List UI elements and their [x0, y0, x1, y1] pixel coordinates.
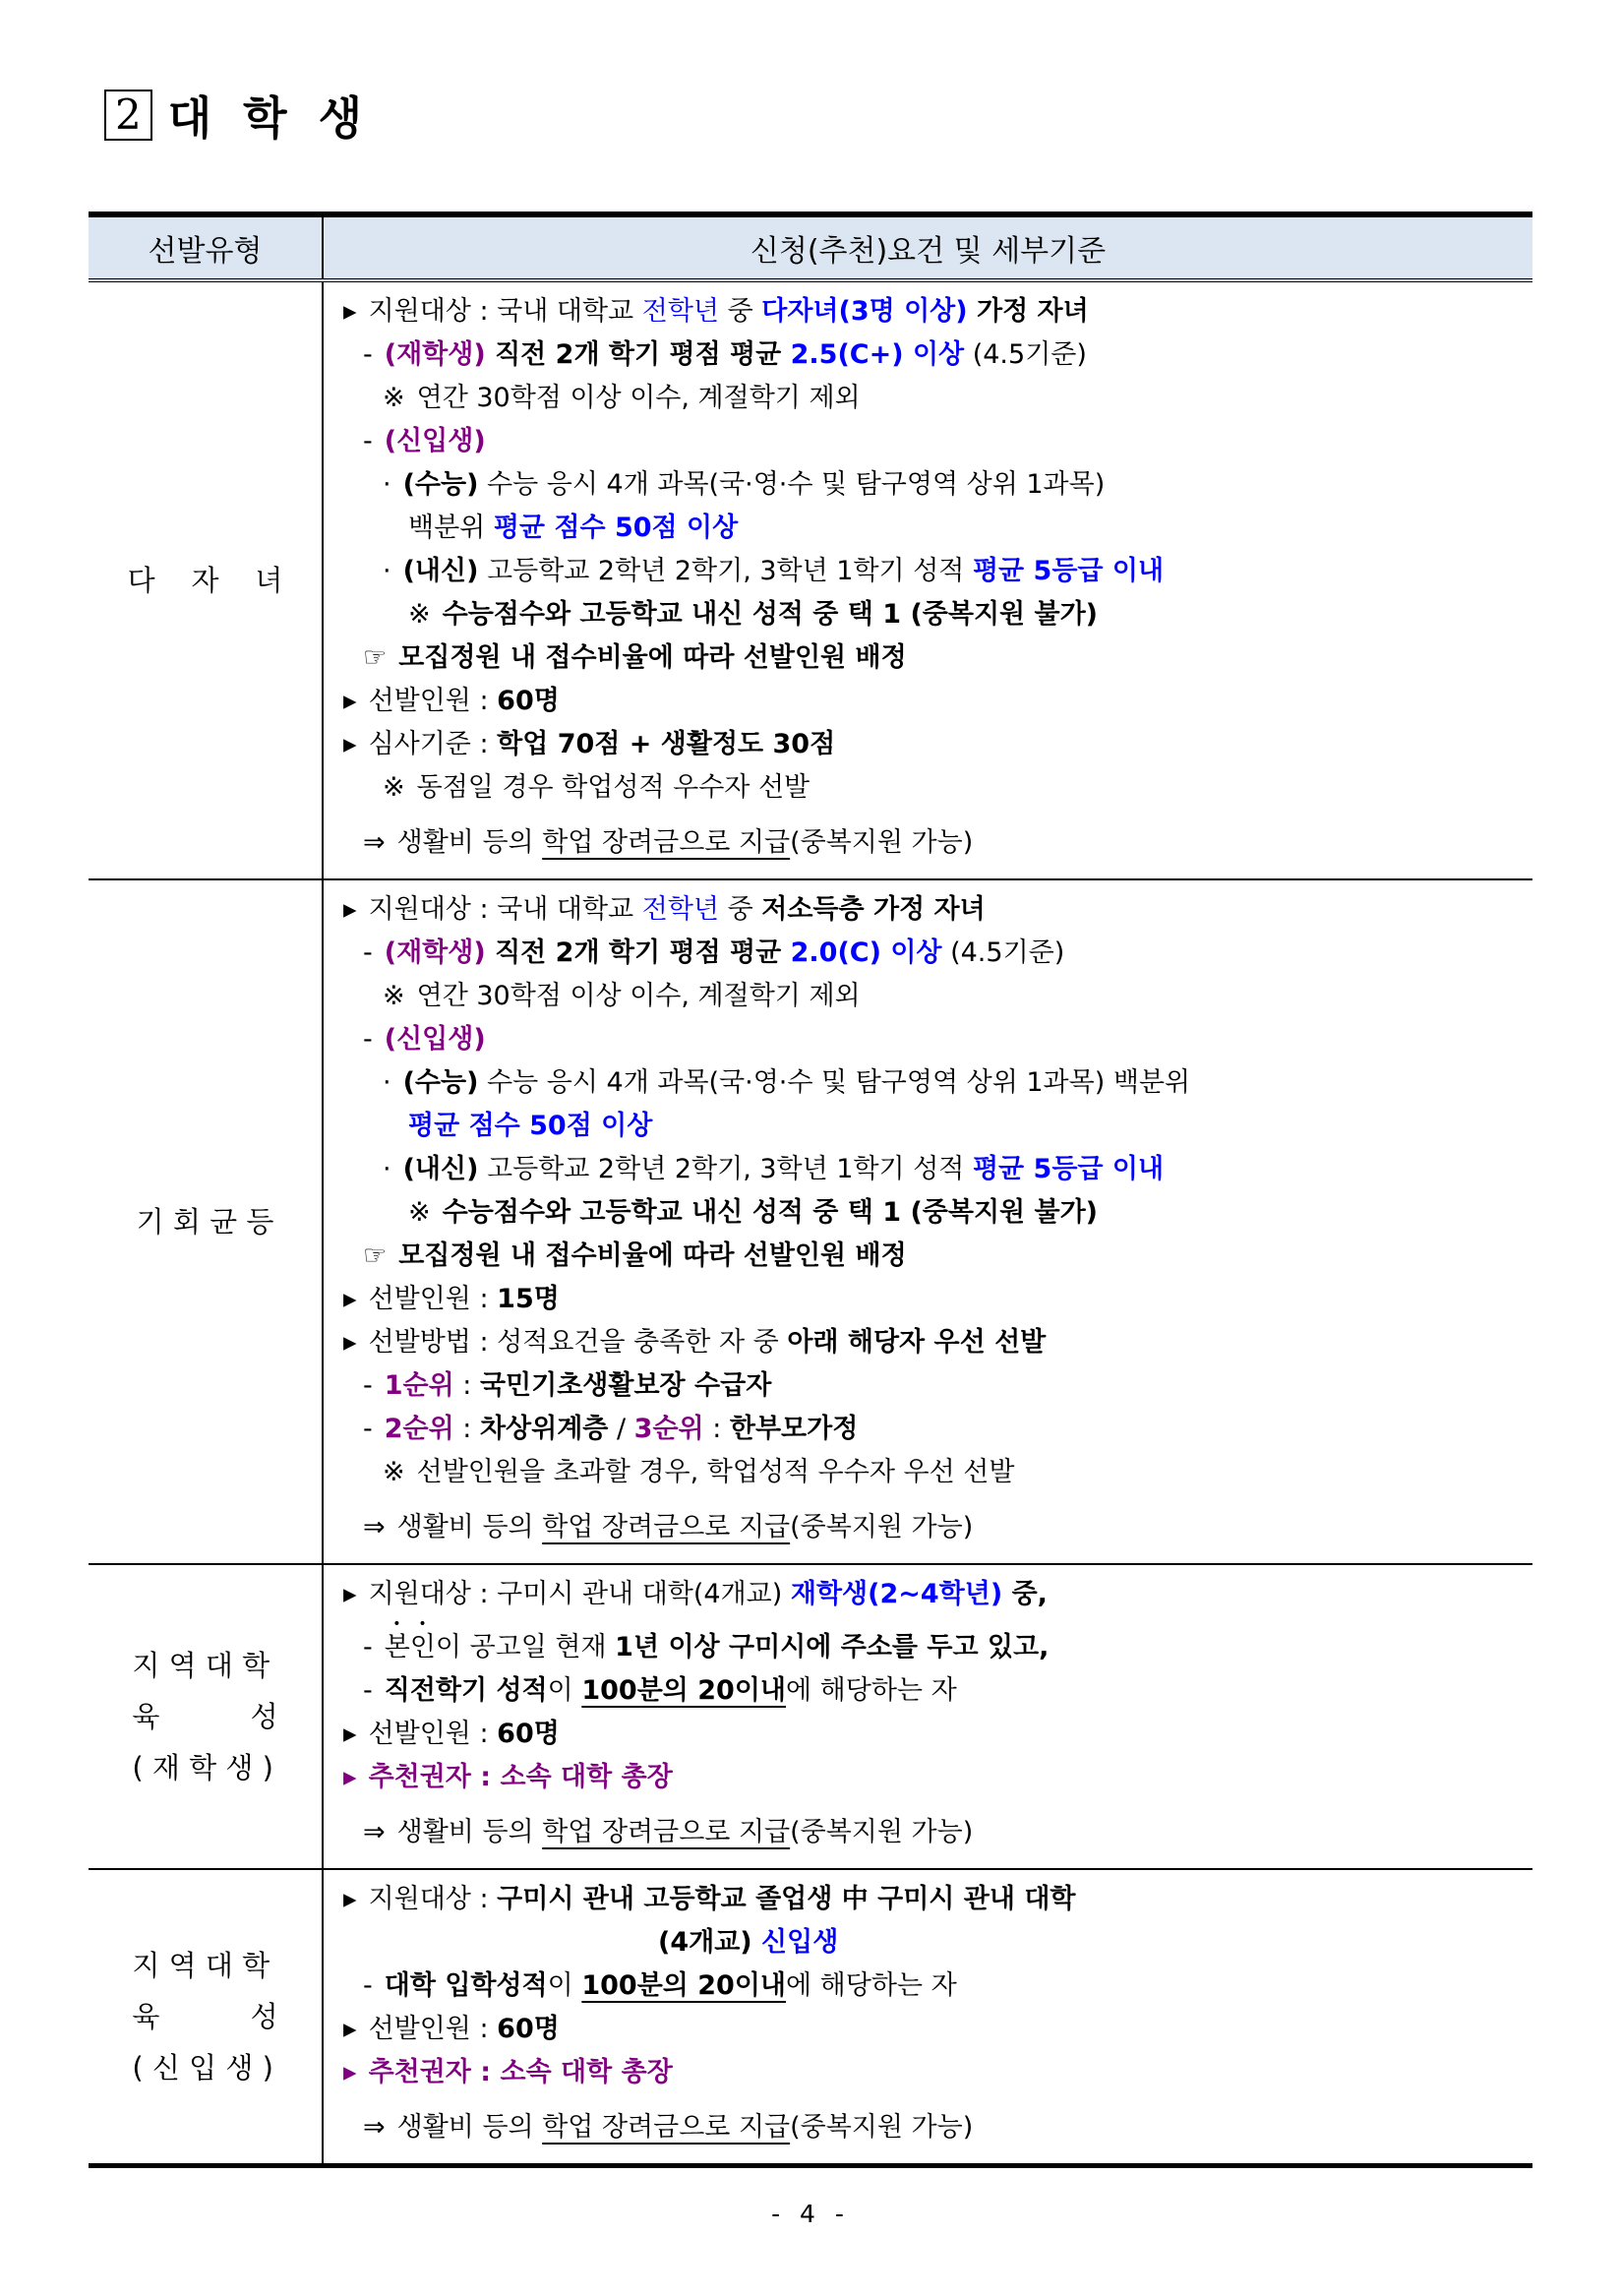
text-segment: 가정 자녀 — [968, 296, 1089, 327]
text-segment: (4.5기준) — [964, 339, 1087, 370]
line-marker-icon: · — [383, 1154, 391, 1184]
text-segment: : — [704, 1414, 730, 1444]
page-number: - 4 - — [0, 2200, 1621, 2228]
row-content: ▸지원대상 : 국내 대학교 전학년 중 다자녀(3명 이상) 가정 자녀-(재… — [323, 280, 1532, 879]
row-label-block: 다 자 녀 — [128, 555, 283, 606]
text-segment: 60명 — [497, 686, 560, 716]
text-segment: 전학년 — [642, 296, 719, 327]
text-segment: 모집정원 내 접수비율에 따라 선발인원 배정 — [398, 642, 906, 673]
header-requirements: 신청(추천)요건 및 세부기준 — [323, 214, 1532, 280]
text-segment: 모집정원 내 접수비율에 따라 선발인원 배정 — [398, 1240, 906, 1271]
row-label: 다 자 녀 — [89, 280, 323, 879]
content-line: -대학 입학성적이 100분의 20이내에 해당하는 자 — [331, 1964, 1527, 2008]
text-segment: 대학 입학성적 — [385, 1970, 548, 2001]
line-marker-icon: ※ — [383, 383, 405, 413]
content-line: ⇒생활비 등의 학업 장려금으로 지급(중복지원 가능) — [331, 1811, 1527, 1854]
content-line: ·(내신) 고등학교 2학년 2학기, 3학년 1학기 성적 평균 5등급 이내 — [331, 550, 1527, 593]
content-line: ·(내신) 고등학교 2학년 2학기, 3학년 1학기 성적 평균 5등급 이내 — [331, 1148, 1527, 1191]
content-line: 백분위 평균 점수 50점 이상 — [331, 507, 1527, 550]
table-row: 다 자 녀▸지원대상 : 국내 대학교 전학년 중 다자녀(3명 이상) 가정 … — [89, 280, 1532, 879]
line-marker-icon: ⇒ — [363, 1512, 386, 1542]
content-line: ※연간 30학점 이상 이수, 계절학기 제외 — [331, 975, 1527, 1018]
text-segment: 이 — [548, 1675, 582, 1706]
text-segment: 학업 장려금으로 지급 — [542, 2112, 790, 2143]
row-label-line: ( 신 입 생 ) — [132, 2042, 277, 2093]
text-segment: 본인 — [385, 1632, 436, 1662]
content-line: ▸선발인원 : 15명 — [331, 1278, 1527, 1321]
line-marker-icon: ※ — [383, 1457, 405, 1487]
text-segment: 차상위계층 — [480, 1414, 608, 1444]
content-line: ※연간 30학점 이상 이수, 계절학기 제외 — [331, 377, 1527, 420]
content-line: -직전학기 성적이 100분의 20이내에 해당하는 자 — [331, 1669, 1527, 1713]
text-segment: (수능) — [403, 469, 479, 500]
text-segment: 3순위 — [634, 1414, 704, 1444]
line-marker-icon: ⇒ — [363, 1817, 386, 1847]
text-segment: 다자녀(3명 이상) — [761, 296, 967, 327]
criteria-table: 선발유형 신청(추천)요건 및 세부기준 다 자 녀▸지원대상 : 국내 대학교… — [89, 211, 1532, 2168]
text-segment: (재학생) — [385, 937, 486, 968]
row-label-line: 육 성 — [132, 1691, 277, 1742]
line-marker-icon: ▸ — [343, 729, 357, 759]
text-segment: 생활비 등의 — [397, 827, 543, 858]
line-marker-icon: ▸ — [343, 1327, 357, 1358]
text-segment: 15명 — [497, 1284, 560, 1314]
line-marker-icon: ▸ — [343, 686, 357, 716]
content-line: -(신입생) — [331, 1018, 1527, 1061]
line-marker-icon: ※ — [383, 772, 405, 803]
content-line: -(신입생) — [331, 420, 1527, 463]
row-content: ▸지원대상 : 국내 대학교 전학년 중 저소득층 가정 자녀-(재학생) 직전… — [323, 879, 1532, 1564]
text-segment: 선발인원 : — [369, 1284, 498, 1314]
content-line: ※수능점수와 고등학교 내신 성적 중 택 1 (중복지원 불가) — [331, 1191, 1527, 1235]
content-line: -본인이 공고일 현재 1년 이상 구미시에 주소를 두고 있고, — [331, 1616, 1527, 1669]
text-segment: (신입생) — [385, 1024, 486, 1055]
text-segment: 저소득층 가정 자녀 — [761, 894, 985, 925]
text-segment: 추천권자 : 소속 대학 총장 — [369, 2057, 673, 2087]
line-marker-icon: - — [363, 1370, 373, 1401]
text-segment: 추천권자 : 소속 대학 총장 — [369, 1762, 673, 1792]
line-marker-icon: · — [383, 556, 391, 586]
content-line: -1순위 : 국민기초생활보장 수급자 — [331, 1364, 1527, 1408]
text-segment: 선발인원을 초과할 경우, 학업성적 우수자 우선 선발 — [417, 1457, 1015, 1487]
text-segment: 한부모가정 — [730, 1414, 858, 1444]
line-marker-icon: ▸ — [343, 1284, 357, 1314]
text-segment: 생활비 등의 — [397, 1512, 543, 1542]
line-marker-icon: - — [363, 1675, 373, 1706]
text-segment: 직전 2개 학기 평점 평균 — [486, 339, 791, 370]
content-line: ☞모집정원 내 접수비율에 따라 선발인원 배정 — [331, 636, 1527, 680]
text-segment: 60명 — [497, 1719, 560, 1749]
line-marker-icon: ▸ — [343, 1884, 357, 1914]
line-marker-icon: - — [363, 1414, 373, 1444]
page-title: 2 대 학 생 — [104, 83, 370, 148]
text-segment: 고등학교 2학년 2학기, 3학년 1학기 성적 — [478, 556, 973, 586]
row-label-line: 육 성 — [132, 1991, 277, 2042]
text-segment: 수능 응시 4개 과목(국·영·수 및 탐구영역 상위 1과목) 백분위 — [478, 1067, 1190, 1098]
row-label-block: 기 회 균 등 — [137, 1196, 274, 1247]
line-marker-icon: - — [363, 426, 373, 456]
text-segment: : — [454, 1370, 480, 1401]
text-segment: 중 — [719, 296, 761, 327]
row-content: ▸지원대상 : 구미시 관내 고등학교 졸업생 中 구미시 관내 대학(4개교)… — [323, 1869, 1532, 2166]
text-segment: 선발인원 : — [369, 2014, 498, 2044]
line-marker-icon: ▸ — [343, 1579, 357, 1609]
table-row: 지 역 대 학육 성( 신 입 생 )▸지원대상 : 구미시 관내 고등학교 졸… — [89, 1869, 1532, 2166]
text-segment: 2.0(C) 이상 — [791, 937, 942, 968]
content-line: ▸선발인원 : 60명 — [331, 2008, 1527, 2051]
content-line: ▸지원대상 : 구미시 관내 고등학교 졸업생 中 구미시 관내 대학 — [331, 1878, 1527, 1921]
content-line: ▸심사기준 : 학업 70점 + 생활정도 30점 — [331, 723, 1527, 766]
text-segment: 백분위 — [408, 513, 494, 543]
text-segment: 생활비 등의 — [397, 1817, 543, 1847]
content-line: ▸선발인원 : 60명 — [331, 680, 1527, 723]
text-segment: 고등학교 2학년 2학기, 3학년 1학기 성적 — [478, 1154, 973, 1184]
text-segment: (재학생) — [385, 339, 486, 370]
text-segment: 2.5(C+) 이상 — [791, 339, 965, 370]
line-marker-icon: ▸ — [343, 296, 357, 327]
line-marker-icon: ▸ — [343, 2014, 357, 2044]
line-marker-icon: - — [363, 1970, 373, 2001]
text-segment: 평균 점수 50점 이상 — [408, 1111, 652, 1141]
section-title: 대 학 생 — [168, 83, 370, 148]
line-marker-icon: - — [363, 339, 373, 370]
text-segment: (중복지원 가능) — [790, 2112, 973, 2143]
content-line: -(재학생) 직전 2개 학기 평점 평균 2.5(C+) 이상 (4.5기준) — [331, 333, 1527, 377]
content-line: ▸지원대상 : 구미시 관내 대학(4개교) 재학생(2~4학년) 중, — [331, 1573, 1527, 1616]
text-segment: 연간 30학점 이상 이수, 계절학기 제외 — [417, 981, 861, 1011]
text-segment: 국민기초생활보장 수급자 — [480, 1370, 771, 1401]
text-segment: / — [608, 1414, 633, 1444]
text-segment: 60명 — [497, 2014, 560, 2044]
text-segment: 중 — [719, 894, 761, 925]
row-label: 지 역 대 학육 성( 재 학 생 ) — [89, 1564, 323, 1869]
content-line: ·(수능) 수능 응시 4개 과목(국·영·수 및 탐구영역 상위 1과목) — [331, 463, 1527, 507]
text-segment: 지원대상 : 구미시 관내 대학(4개교) — [369, 1579, 791, 1609]
text-segment: 학업 70점 + 생활정도 30점 — [497, 729, 835, 759]
row-label: 지 역 대 학육 성( 신 입 생 ) — [89, 1869, 323, 2166]
row-label-line: 지 역 대 학 — [132, 1940, 277, 1991]
text-segment: 학업 장려금으로 지급 — [542, 1817, 790, 1847]
text-segment: 지원대상 : 국내 대학교 — [369, 296, 642, 327]
text-segment: (내신) — [403, 556, 479, 586]
text-segment: 이 — [548, 1970, 582, 2001]
text-segment: (중복지원 가능) — [790, 1512, 973, 1542]
content-line: -2순위 : 차상위계층 / 3순위 : 한부모가정 — [331, 1408, 1527, 1451]
line-marker-icon: ⇒ — [363, 2112, 386, 2143]
text-segment: (4.5기준) — [942, 937, 1065, 968]
line-marker-icon: · — [383, 469, 391, 500]
content-line: ☞모집정원 내 접수비율에 따라 선발인원 배정 — [331, 1235, 1527, 1278]
content-line: ▸지원대상 : 국내 대학교 전학년 중 다자녀(3명 이상) 가정 자녀 — [331, 290, 1527, 333]
row-label-line: ( 재 학 생 ) — [132, 1742, 277, 1793]
content-line: ※동점일 경우 학업성적 우수자 선발 — [331, 766, 1527, 810]
text-segment: (중복지원 가능) — [790, 827, 973, 858]
text-segment: (신입생) — [385, 426, 486, 456]
text-segment: 수능 응시 4개 과목(국·영·수 및 탐구영역 상위 1과목) — [478, 469, 1105, 500]
section-number-box: 2 — [104, 90, 152, 141]
text-segment: 지원대상 : — [369, 1884, 498, 1914]
content-line: ※선발인원을 초과할 경우, 학업성적 우수자 우선 선발 — [331, 1451, 1527, 1494]
row-content: ▸지원대상 : 구미시 관내 대학(4개교) 재학생(2~4학년) 중,-본인이… — [323, 1564, 1532, 1869]
row-label-line: 다 자 녀 — [128, 555, 283, 606]
line-marker-icon: ⇒ — [363, 827, 386, 858]
text-segment: 동점일 경우 학업성적 우수자 선발 — [417, 772, 810, 803]
line-marker-icon: - — [363, 937, 373, 968]
content-line: -(재학생) 직전 2개 학기 평점 평균 2.0(C) 이상 (4.5기준) — [331, 932, 1527, 975]
text-segment: : — [454, 1414, 480, 1444]
text-segment: 학업 장려금으로 지급 — [542, 1512, 790, 1542]
content-line: ⇒생활비 등의 학업 장려금으로 지급(중복지원 가능) — [331, 1506, 1527, 1549]
text-segment: 2순위 — [385, 1414, 454, 1444]
text-segment: 아래 해당자 우선 선발 — [787, 1327, 1046, 1358]
text-segment: 선발인원 : — [369, 686, 498, 716]
text-segment: 생활비 등의 — [397, 2112, 543, 2143]
text-segment: 지원대상 : 국내 대학교 — [369, 894, 642, 925]
line-marker-icon: ※ — [408, 599, 431, 630]
line-marker-icon: ☞ — [363, 642, 387, 673]
text-segment: 수능점수와 고등학교 내신 성적 중 택 1 (중복지원 불가) — [443, 1197, 1098, 1228]
text-segment: (4개교) — [658, 1927, 761, 1958]
text-segment: (수능) — [403, 1067, 479, 1098]
row-label: 기 회 균 등 — [89, 879, 323, 1564]
text-segment: (중복지원 가능) — [790, 1817, 973, 1847]
line-marker-icon: ▸ — [343, 1762, 357, 1792]
text-segment: 재학생(2~4학년) — [791, 1579, 1002, 1609]
text-segment: 평균 5등급 이내 — [973, 1154, 1164, 1184]
content-line: ▸지원대상 : 국내 대학교 전학년 중 저소득층 가정 자녀 — [331, 888, 1527, 932]
row-label-line: 기 회 균 등 — [137, 1196, 274, 1247]
table-row: 지 역 대 학육 성( 재 학 생 )▸지원대상 : 구미시 관내 대학(4개교… — [89, 1564, 1532, 1869]
row-label-block: 지 역 대 학육 성( 재 학 생 ) — [132, 1640, 277, 1793]
text-segment: (내신) — [403, 1154, 479, 1184]
text-segment: 1순위 — [385, 1370, 454, 1401]
content-line: ▸선발방법 : 성적요건을 충족한 자 중 아래 해당자 우선 선발 — [331, 1321, 1527, 1364]
text-segment: 100분의 20이내 — [581, 1970, 786, 2001]
text-segment: 직전 2개 학기 평점 평균 — [486, 937, 791, 968]
text-segment: 평균 5등급 이내 — [973, 556, 1164, 586]
text-segment: 에 해당하는 자 — [786, 1675, 957, 1706]
text-segment: 전학년 — [642, 894, 719, 925]
text-segment: 1년 이상 구미시에 주소를 두고 있고, — [615, 1632, 1049, 1662]
text-segment: 구미시 관내 고등학교 졸업생 中 구미시 관내 대학 — [497, 1884, 1075, 1914]
text-segment: 연간 30학점 이상 이수, 계절학기 제외 — [417, 383, 861, 413]
content-line: ▸선발인원 : 60명 — [331, 1713, 1527, 1756]
line-marker-icon: ▸ — [343, 2057, 357, 2087]
text-segment: 선발인원 : — [369, 1719, 498, 1749]
text-segment: 직전학기 성적 — [385, 1675, 548, 1706]
text-segment: 신입생 — [761, 1927, 838, 1958]
line-marker-icon: - — [363, 1632, 373, 1662]
line-marker-icon: ▸ — [343, 1719, 357, 1749]
content-line: ·(수능) 수능 응시 4개 과목(국·영·수 및 탐구영역 상위 1과목) 백… — [331, 1061, 1527, 1105]
line-marker-icon: ☞ — [363, 1240, 387, 1271]
line-marker-icon: · — [383, 1067, 391, 1098]
table-row: 기 회 균 등▸지원대상 : 국내 대학교 전학년 중 저소득층 가정 자녀-(… — [89, 879, 1532, 1564]
text-segment: 중, — [1002, 1579, 1048, 1609]
text-segment: 이 공고일 현재 — [436, 1632, 615, 1662]
header-selection-type: 선발유형 — [89, 214, 323, 280]
line-marker-icon: - — [363, 1024, 373, 1055]
row-label-block: 지 역 대 학육 성( 신 입 생 ) — [132, 1940, 277, 2093]
text-segment: 에 해당하는 자 — [786, 1970, 957, 2001]
content-line: ⇒생활비 등의 학업 장려금으로 지급(중복지원 가능) — [331, 2106, 1527, 2149]
line-marker-icon: ※ — [383, 981, 405, 1011]
text-segment: 선발방법 : 성적요건을 충족한 자 중 — [369, 1327, 788, 1358]
row-label-line: 지 역 대 학 — [132, 1640, 277, 1691]
text-segment: 평균 점수 50점 이상 — [494, 513, 738, 543]
table-header-row: 선발유형 신청(추천)요건 및 세부기준 — [89, 214, 1532, 280]
text-segment: 100분의 20이내 — [581, 1675, 786, 1706]
line-marker-icon: ▸ — [343, 894, 357, 925]
text-segment: 학업 장려금으로 지급 — [542, 827, 790, 858]
content-line: ▸추천권자 : 소속 대학 총장 — [331, 2051, 1527, 2094]
content-line: (4개교) 신입생 — [331, 1921, 1527, 1964]
content-line: ⇒생활비 등의 학업 장려금으로 지급(중복지원 가능) — [331, 821, 1527, 865]
text-segment: 심사기준 : — [369, 729, 498, 759]
content-line: 평균 점수 50점 이상 — [331, 1105, 1527, 1148]
text-segment: 수능점수와 고등학교 내신 성적 중 택 1 (중복지원 불가) — [443, 599, 1098, 630]
content-line: ※수능점수와 고등학교 내신 성적 중 택 1 (중복지원 불가) — [331, 593, 1527, 636]
content-line: ▸추천권자 : 소속 대학 총장 — [331, 1756, 1527, 1799]
line-marker-icon: ※ — [408, 1197, 431, 1228]
